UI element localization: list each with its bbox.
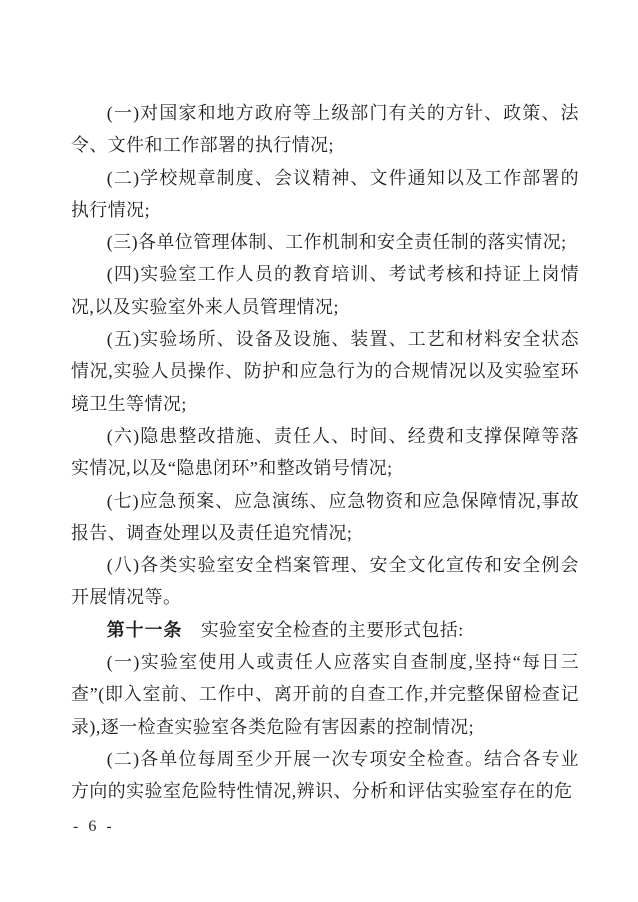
body-paragraph: (七)应急预案、应急演练、应急物资和应急保障情况,事故报告、调查处理以及责任追究… — [71, 485, 579, 550]
document-body: (一)对国家和地方政府等上级部门有关的方针、政策、法令、文件和工作部署的执行情况… — [71, 97, 579, 808]
body-paragraph: (八)各类实验室安全档案管理、安全文化宣传和安全例会开展情况等。 — [71, 549, 579, 614]
body-paragraph: (一)实验室使用人或责任人应落实自查制度,坚持“每日三查”(即入室前、工作中、离… — [71, 646, 579, 743]
article-number: 第十一条 — [107, 620, 183, 640]
body-paragraph: (二)各单位每周至少开展一次专项安全检查。结合各专业方向的实验室危险特性情况,辨… — [71, 743, 579, 808]
body-paragraph: (二)学校规章制度、会议精神、文件通知以及工作部署的执行情况; — [71, 162, 579, 227]
body-paragraph: (一)对国家和地方政府等上级部门有关的方针、政策、法令、文件和工作部署的执行情况… — [71, 97, 579, 162]
document-page: (一)对国家和地方政府等上级部门有关的方针、政策、法令、文件和工作部署的执行情况… — [0, 0, 638, 902]
page-footer: - 6 - — [73, 817, 115, 837]
article-heading-paragraph: 第十一条 实验室安全检查的主要形式包括: — [71, 614, 579, 646]
body-paragraph: (三)各单位管理体制、工作机制和安全责任制的落实情况; — [71, 226, 579, 258]
body-paragraph: (六)隐患整改措施、责任人、时间、经费和支撑保障等落实情况,以及“隐患闭环”和整… — [71, 420, 579, 485]
body-paragraph: (四)实验室工作人员的教育培训、考试考核和持证上岗情况,以及实验室外来人员管理情… — [71, 258, 579, 323]
page-number: - 6 - — [73, 818, 115, 835]
body-paragraph: (五)实验场所、设备及设施、装置、工艺和材料安全状态情况,实验人员操作、防护和应… — [71, 323, 579, 420]
